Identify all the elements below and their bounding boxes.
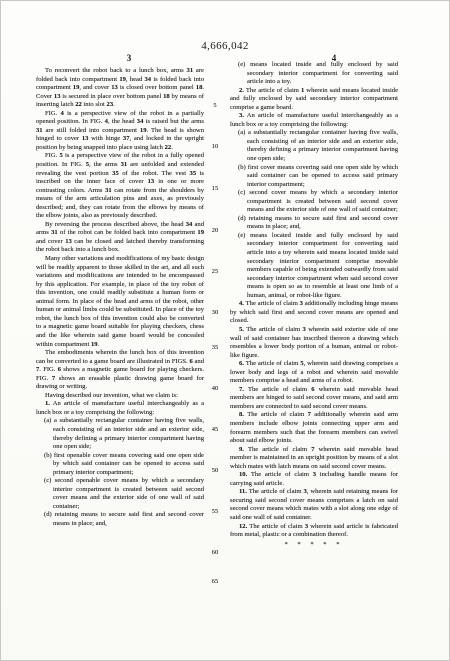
patent-page: 4,666,042 3 4 5101520253035404550556065 … xyxy=(0,0,450,661)
claim-subparagraph: (a) a substantially rectangular containe… xyxy=(36,417,204,451)
paragraph: 1. An article of manufacture useful inte… xyxy=(36,400,204,417)
column-number-left: 3 xyxy=(123,53,135,63)
line-number: 15 xyxy=(206,185,224,192)
paragraph: 5. The article of claim 3 wherein said e… xyxy=(230,326,398,360)
paragraph: 8. The article of claim 7 additionally w… xyxy=(230,411,398,445)
claim-subparagraph: (c) second openable cover means by which… xyxy=(36,477,204,511)
paragraph: 12. The article of claim 3 wherein said … xyxy=(230,523,398,540)
patent-number: 4,666,042 xyxy=(1,40,449,52)
claim-subparagraph: (e) means located inside and fully enclo… xyxy=(230,232,398,300)
paragraph: FIG. 5 is a perspective view of the robo… xyxy=(36,152,204,220)
paragraph: 7. The article of claim 6 wherein said m… xyxy=(230,386,398,412)
paragraph: Many other variations and modifications … xyxy=(36,255,204,349)
claim-subparagraph: (b) first cover means covering said one … xyxy=(230,164,398,190)
line-number: 20 xyxy=(206,227,224,234)
claim-subparagraph: (d) retaining means to secure said first… xyxy=(36,511,204,528)
paragraph: 2. The article of claim 1 wherein said m… xyxy=(230,87,398,113)
line-number: 25 xyxy=(206,268,224,275)
line-number: 5 xyxy=(206,102,224,109)
paragraph: 9. The article of claim 7 wherein said m… xyxy=(230,446,398,472)
claim-subparagraph: (b) first openable cover means covering … xyxy=(36,452,204,478)
line-number: 45 xyxy=(206,426,224,433)
paragraph: The embodiments wherein the lunch box of… xyxy=(36,349,204,392)
line-number: 40 xyxy=(206,385,224,392)
line-number: 60 xyxy=(206,549,224,556)
column-4-text: (e) means located inside and fully enclo… xyxy=(230,61,398,549)
line-number: 50 xyxy=(206,467,224,474)
claim-subparagraph: (a) a substantially rectangular containe… xyxy=(230,129,398,163)
claim-subparagraph: (d) retaining means to secure said first… xyxy=(230,215,398,232)
paragraph: 3. An article of manufacture useful inte… xyxy=(230,112,398,129)
paragraph: FIG. 4 is a perspective view of the robo… xyxy=(36,110,204,153)
paragraph: 4. The article of claim 3 additionally i… xyxy=(230,300,398,326)
column-3-text: To reconvert the robot back to a lunch b… xyxy=(36,67,204,529)
paragraph: To reconvert the robot back to a lunch b… xyxy=(36,67,204,110)
claim-subparagraph: (c) second cover means by which a second… xyxy=(230,189,398,215)
line-number: 30 xyxy=(206,309,224,316)
claim-subparagraph: (e) means located inside and fully enclo… xyxy=(230,61,398,87)
paragraph: 6. The article of claim 5, wherein said … xyxy=(230,360,398,386)
paragraph: By reversing the process described above… xyxy=(36,221,204,255)
line-number: 65 xyxy=(206,578,224,585)
asterisk-separator: * * * * * xyxy=(230,540,398,550)
paragraph: 11. The article of claim 3, wherein said… xyxy=(230,488,398,522)
line-number: 10 xyxy=(206,143,224,150)
paragraph: 10. The article of claim 3 including han… xyxy=(230,471,398,488)
line-number: 35 xyxy=(206,344,224,351)
line-number: 55 xyxy=(206,508,224,515)
